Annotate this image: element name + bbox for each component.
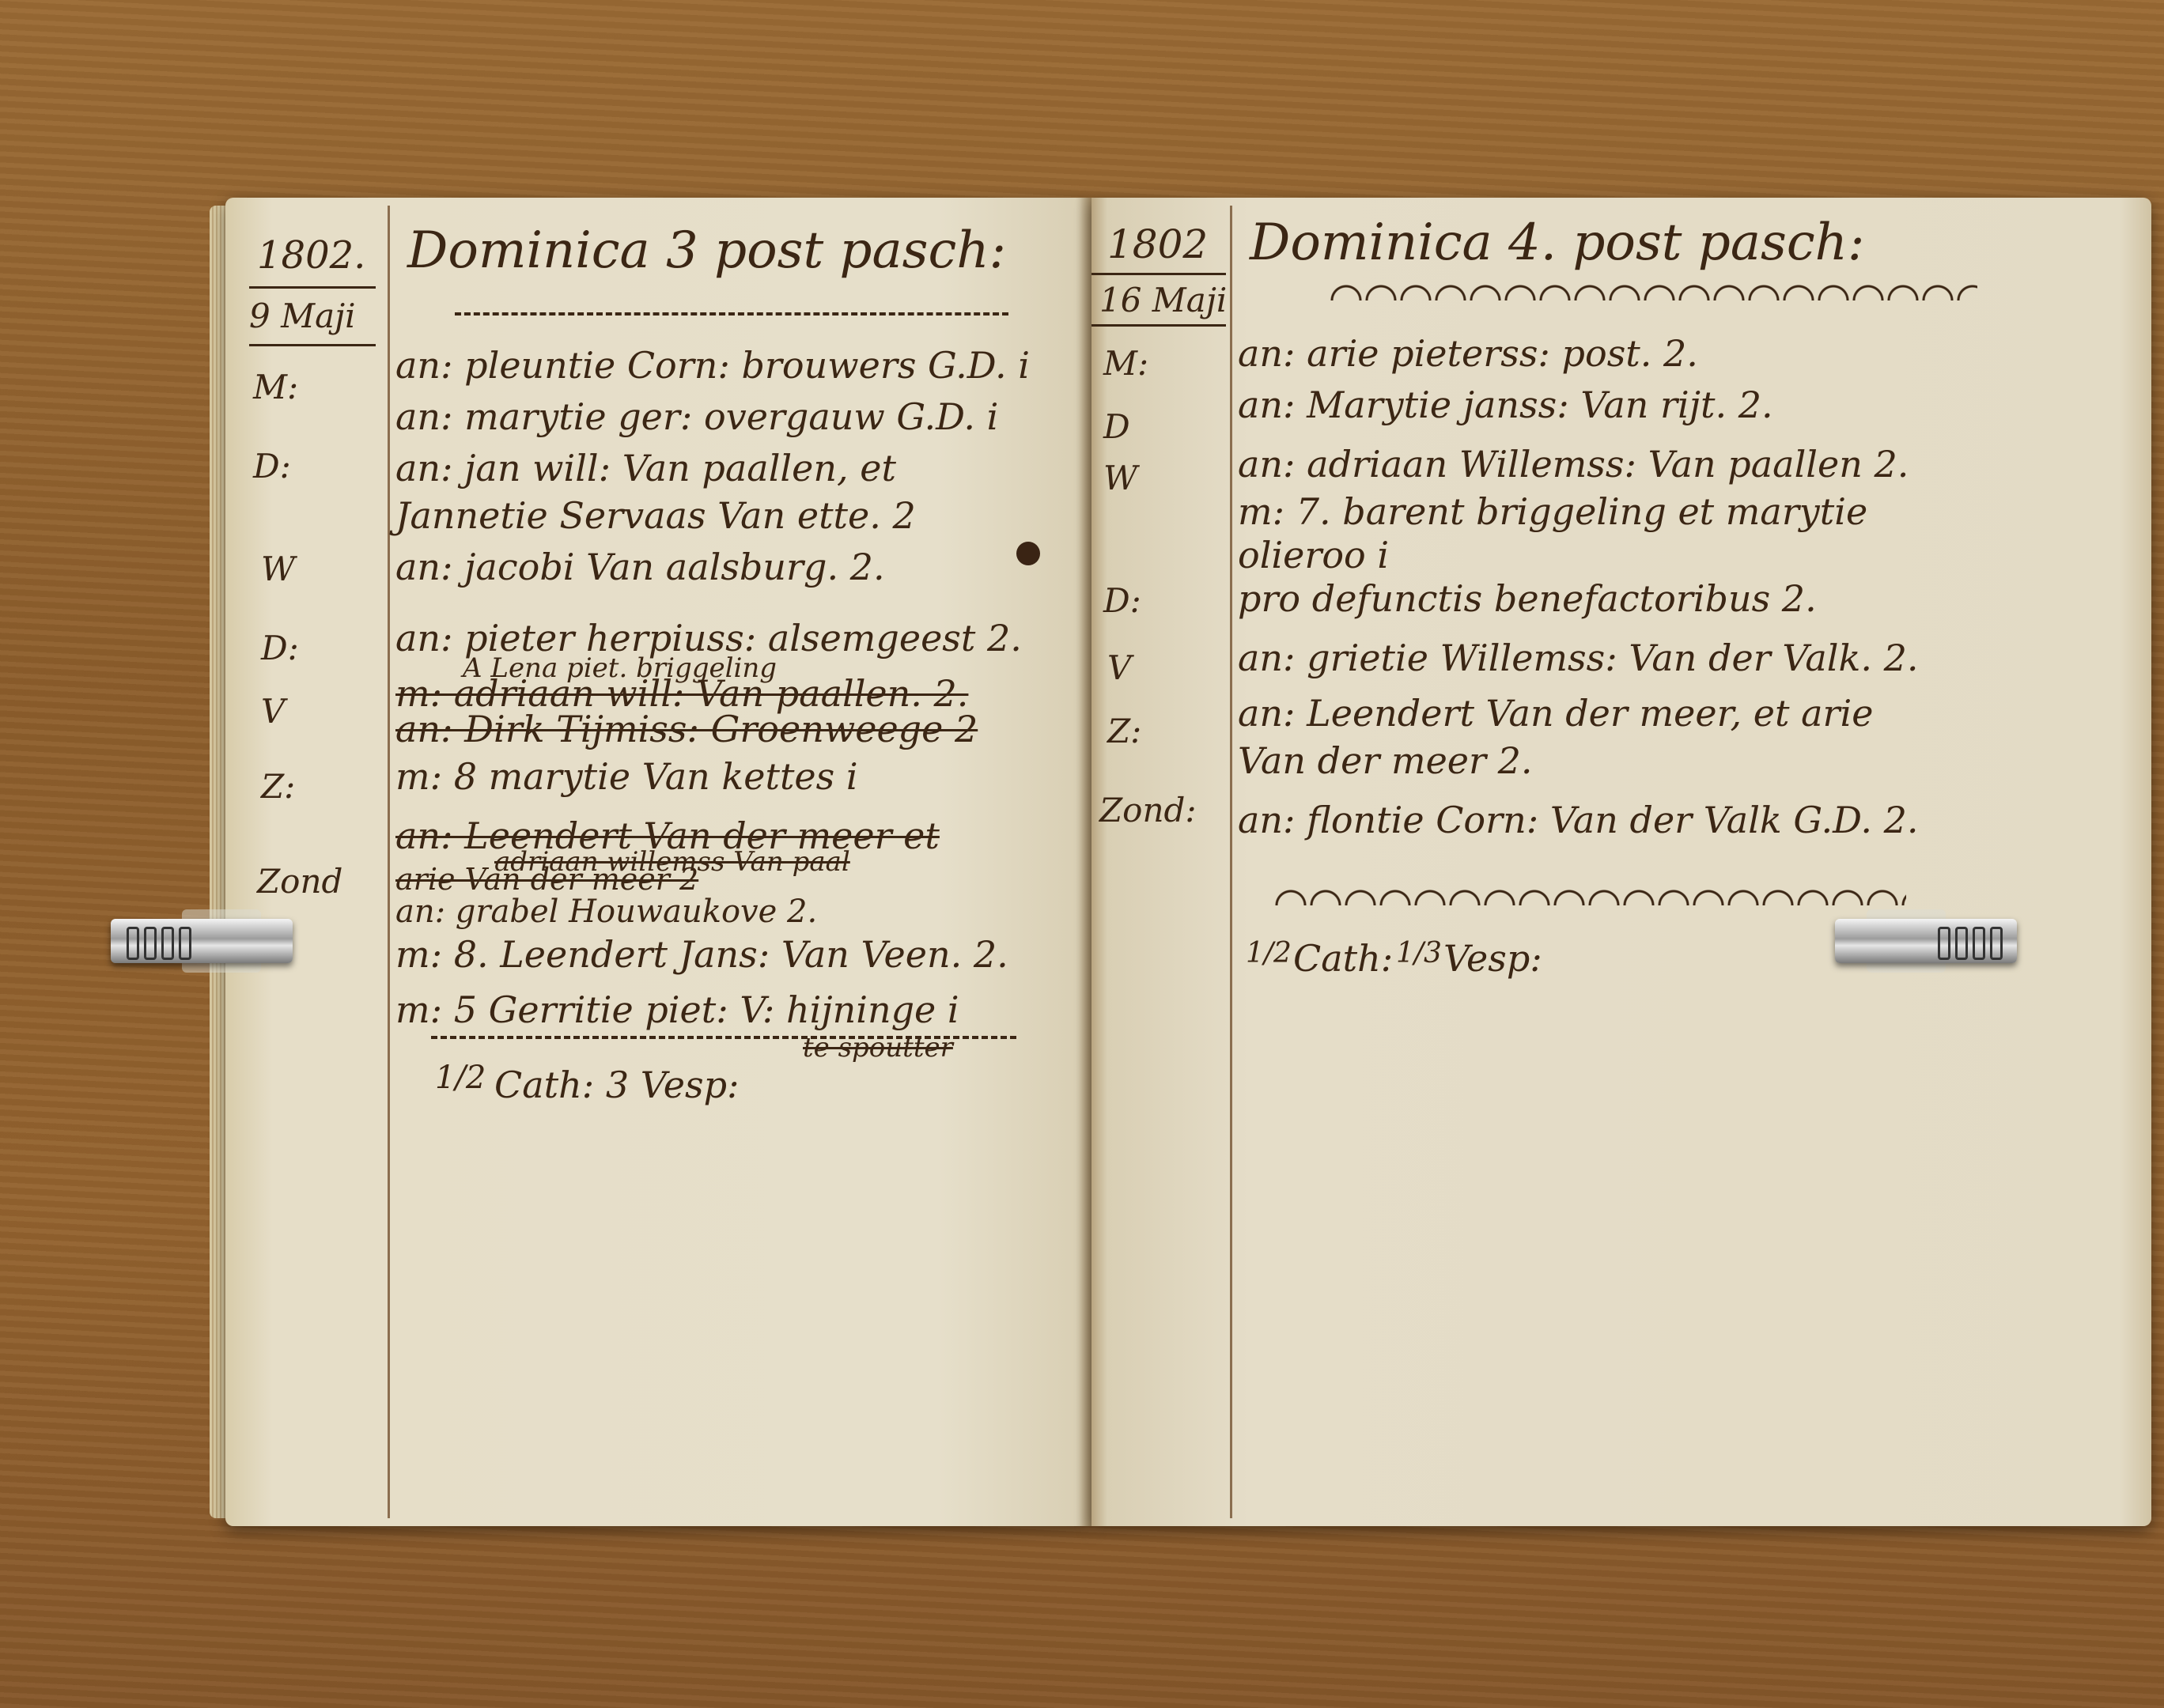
struck-entry: an: Dirk Tijmiss: Groenweege 2	[395, 708, 978, 750]
clip-grip	[1955, 927, 1968, 960]
weekday-label: M:	[253, 368, 298, 406]
footer-text: Cath: 3 Vesp:	[494, 1064, 740, 1106]
section-divider-flourish	[431, 1012, 1016, 1039]
clip-grip	[1938, 927, 1950, 960]
entry: pro defunctis benefactoribus 2.	[1238, 577, 1817, 620]
margin-rule	[388, 206, 390, 1518]
clip-grip	[161, 927, 174, 960]
struck-entry: arie Van der meer 2	[395, 862, 698, 897]
entry: an: jacobi Van aalsburg. 2.	[395, 546, 885, 588]
right-page: 1802 16 Maji M: D W D: V Z: Zond: Domini…	[1091, 198, 2151, 1526]
entry: m: 8 marytie Van kettes i	[395, 755, 858, 798]
divider	[249, 344, 376, 346]
right-page-heading: Dominica 4. post pasch:	[1250, 213, 1864, 272]
entry: Van der meer 2.	[1238, 739, 1533, 782]
ink-blot	[1016, 542, 1040, 565]
clip-grip	[1990, 927, 2003, 960]
weekday-label: W	[1103, 459, 1137, 497]
entry: an: adriaan Willemss: Van paallen 2.	[1238, 443, 1909, 486]
divider	[1091, 273, 1226, 275]
day-label: 16 Maji	[1099, 281, 1227, 319]
weekday-label: Zond	[257, 862, 342, 901]
clip-grip	[1973, 927, 1985, 960]
weekday-label: W	[261, 550, 295, 588]
entry: an: arie pieterss: post. 2.	[1238, 332, 1698, 375]
weekday-label: Zond:	[1099, 791, 1197, 829]
clip-grip	[144, 927, 157, 960]
right-binder-clip	[1835, 909, 2017, 973]
entry: an: grabel Houwaukove 2.	[395, 894, 817, 930]
entry: an: flontie Corn: Van der Valk G.D. 2.	[1238, 799, 1919, 841]
weekday-label: M:	[1103, 344, 1148, 383]
open-ledger-book: 1802. 9 Maji M: D: W D: V Z: Zond Domini…	[225, 198, 1914, 1526]
day-label: 9 Maji	[249, 297, 356, 335]
fraction: 1/2	[435, 1060, 486, 1096]
divider	[249, 286, 376, 289]
weekday-label: V	[1107, 648, 1131, 687]
entry: an: Leendert Van der meer, et arie	[1238, 692, 1873, 735]
footer-text: Vesp:	[1443, 937, 1542, 980]
weekday-label: D:	[1103, 581, 1141, 620]
margin-rule	[1230, 206, 1232, 1518]
weekday-label: Z:	[261, 767, 295, 806]
entry: an: marytie ger: overgauw G.D. i	[395, 395, 998, 438]
entry: olieroo i	[1238, 534, 1389, 576]
entry: an: Marytie janss: Van rijt. 2.	[1238, 384, 1773, 426]
weekday-label: D:	[261, 629, 299, 667]
weekday-label: V	[261, 692, 285, 731]
clip-grip	[127, 927, 139, 960]
year-label: 1802	[1107, 221, 1208, 267]
entry: an: jan will: Van paallen, et	[395, 447, 896, 489]
entry: Jannetie Servaas Van ette. 2	[395, 494, 916, 537]
clip-grip	[179, 927, 191, 960]
weekday-label: D:	[253, 447, 291, 486]
left-binder-clip	[111, 909, 293, 973]
heading-flourish	[1329, 277, 1977, 300]
entry: an: grietie Willemss: Van der Valk. 2.	[1238, 637, 1918, 679]
entry: m: 7. barent briggeling et marytie	[1238, 490, 1867, 533]
entry: m: 8. Leendert Jans: Van Veen. 2.	[395, 933, 1008, 976]
year-label: 1802.	[257, 233, 365, 278]
left-page-heading: Dominica 3 post pasch:	[407, 221, 1006, 280]
footer-text: Cath:	[1293, 937, 1393, 980]
fraction: 1/3	[1396, 937, 1442, 969]
entry: an: pleuntie Corn: brouwers G.D. i	[395, 344, 1030, 387]
weekday-label: Z:	[1107, 712, 1141, 750]
left-page: 1802. 9 Maji M: D: W D: V Z: Zond Domini…	[225, 198, 1091, 1526]
section-divider-flourish	[1273, 882, 1906, 905]
divider	[1091, 324, 1226, 327]
fraction: 1/2	[1246, 937, 1292, 969]
heading-flourish	[455, 289, 1008, 316]
weekday-label: D	[1103, 407, 1130, 446]
